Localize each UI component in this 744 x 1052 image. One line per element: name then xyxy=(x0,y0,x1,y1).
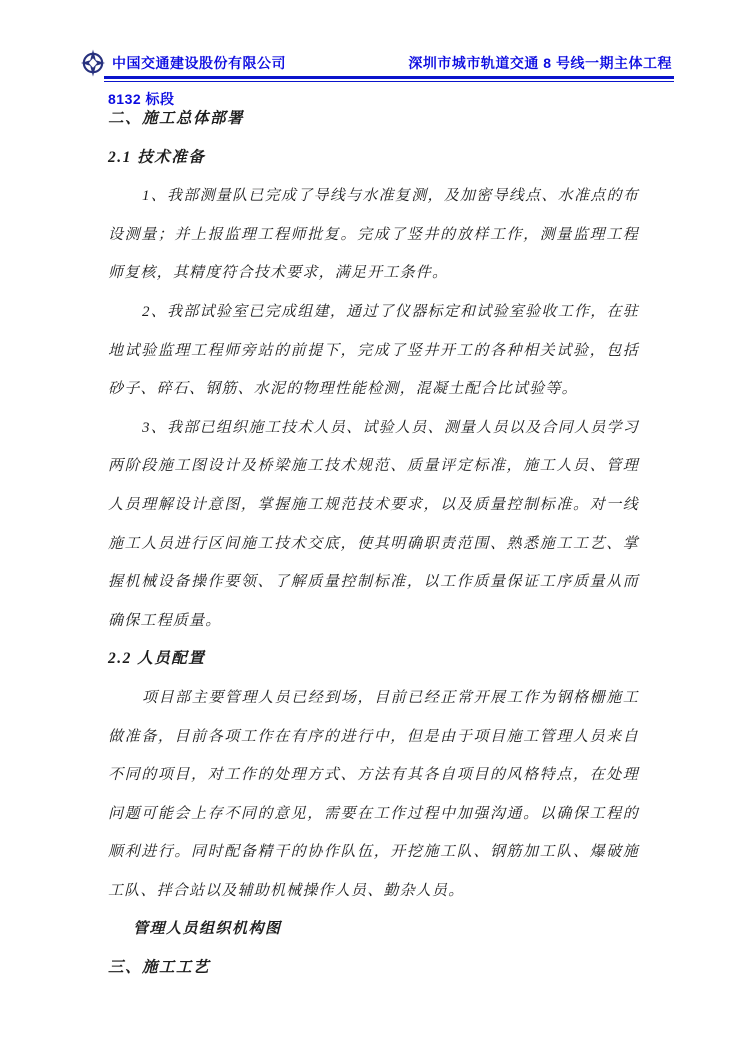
company-name: 中国交通建设股份有限公司 xyxy=(112,53,286,73)
paragraph-laboratory: 2、我部试验室已完成组建，通过了仪器标定和试验室验收工作，在驻地试验监理工程师旁… xyxy=(108,293,639,409)
heading-section-2: 二、施工总体部署 xyxy=(108,100,639,139)
document-body: 二、施工总体部署 2.1 技术准备 1、我部测量队已完成了导线与水准复测，及加密… xyxy=(108,100,639,988)
project-name: 深圳市城市轨道交通 8 号线一期主体工程 xyxy=(408,53,672,73)
heading-subsection-2-2: 2.2 人员配置 xyxy=(108,640,639,679)
document-page: 中国交通建设股份有限公司 深圳市城市轨道交通 8 号线一期主体工程 8132 标… xyxy=(0,0,744,1052)
cccc-compass-logo-icon xyxy=(79,46,107,80)
header-titles: 中国交通建设股份有限公司 深圳市城市轨道交通 8 号线一期主体工程 xyxy=(109,53,674,76)
header-double-rule xyxy=(104,76,674,82)
paragraph-training: 3、我部已组织施工技术人员、试验人员、测量人员以及合同人员学习两阶段施工图设计及… xyxy=(108,409,639,641)
header-title-row: 中国交通建设股份有限公司 深圳市城市轨道交通 8 号线一期主体工程 xyxy=(79,42,674,76)
page-header: 中国交通建设股份有限公司 深圳市城市轨道交通 8 号线一期主体工程 8132 标… xyxy=(79,42,674,109)
heading-subsection-2-1: 2.1 技术准备 xyxy=(108,139,639,178)
paragraph-survey: 1、我部测量队已完成了导线与水准复测，及加密导线点、水准点的布设测量；并上报监理… xyxy=(108,177,639,293)
heading-section-3: 三、施工工艺 xyxy=(108,949,639,988)
rule-thin-line xyxy=(104,81,674,82)
figure-caption-org-chart: 管理人员组织机构图 xyxy=(108,910,639,949)
paragraph-staffing: 项目部主要管理人员已经到场，目前已经正常开展工作为钢格栅施工做准备，目前各项工作… xyxy=(108,679,639,911)
